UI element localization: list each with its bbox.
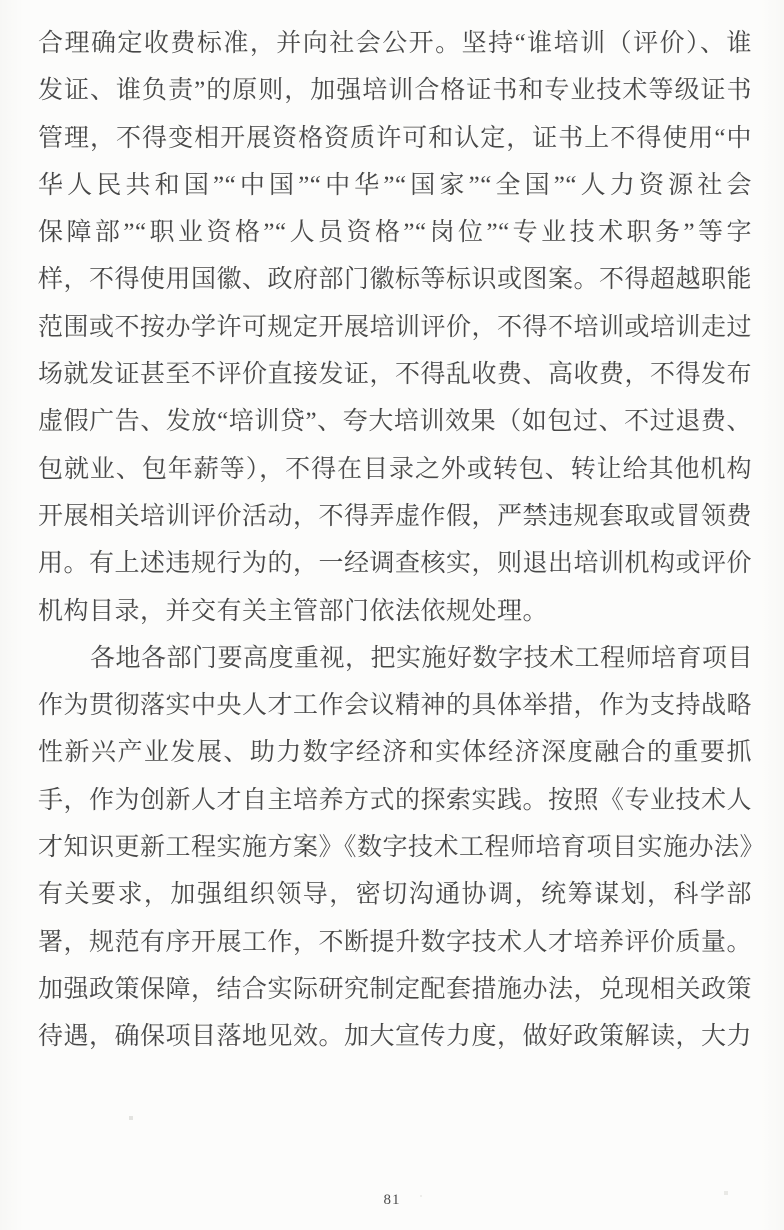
text-line: 性新兴产业发展、助力数字经济和实体经济深度融合的重要抓 xyxy=(38,729,752,776)
text-line: 署，规范有序开展工作，不断提升数字技术人才培养评价质量。 xyxy=(38,919,752,966)
text-line: 有关要求，加强组织领导，密切沟通协调，统筹谋划，科学部 xyxy=(38,871,752,918)
document-body: 合理确定收费标准，并向社会公开。坚持“谁培训（评价）、谁 发证、谁负责”的原则，… xyxy=(38,20,752,1061)
scanned-document-page: 合理确定收费标准，并向社会公开。坚持“谁培训（评价）、谁 发证、谁负责”的原则，… xyxy=(0,0,784,1230)
text-line: 待遇，确保项目落地见效。加大宣传力度，做好政策解读，大力 xyxy=(38,1013,752,1060)
text-line: 手，作为创新人才自主培养方式的探索实践。按照《专业技术人 xyxy=(38,777,752,824)
text-line: 样，不得使用国徽、政府部门徽标等标识或图案。不得超越职能 xyxy=(38,256,752,303)
text-line: 范围或不按办学许可规定开展培训评价，不得不培训或培训走过 xyxy=(38,304,752,351)
text-line: 包就业、包年薪等），不得在目录之外或转包、转让给其他机构 xyxy=(38,446,752,493)
text-line-paragraph-end: 机构目录，并交有关主管部门依法依规处理。 xyxy=(38,588,752,635)
text-line: 才知识更新工程实施方案》《数字技术工程师培育项目实施办法》 xyxy=(38,824,752,871)
text-line: 发证、谁负责”的原则，加强培训合格证书和专业技术等级证书 xyxy=(38,67,752,114)
page-number: 81 xyxy=(0,1192,784,1209)
scan-speckles xyxy=(0,0,2,2)
text-line: 开展相关培训评价活动，不得弄虚作假，严禁违规套取或冒领费 xyxy=(38,493,752,540)
text-line: 加强政策保障，结合实际研究制定配套措施办法，兑现相关政策 xyxy=(38,966,752,1013)
text-line: 作为贯彻落实中央人才工作会议精神的具体举措，作为支持战略 xyxy=(38,682,752,729)
text-line: 虚假广告、发放“培训贷”、夸大培训效果（如包过、不过退费、 xyxy=(38,398,752,445)
text-line: 用。有上述违规行为的，一经调查核实，则退出培训机构或评价 xyxy=(38,540,752,587)
text-line: 保障部”“职业资格”“人员资格”“岗位”“专业技术职务”等字 xyxy=(38,209,752,256)
text-line-paragraph-start: 各地各部门要高度重视，把实施好数字技术工程师培育项目 xyxy=(38,635,752,682)
text-line: 场就发证甚至不评价直接发证，不得乱收费、高收费，不得发布 xyxy=(38,351,752,398)
text-line: 管理，不得变相开展资格资质许可和认定，证书上不得使用“中 xyxy=(38,115,752,162)
text-line: 合理确定收费标准，并向社会公开。坚持“谁培训（评价）、谁 xyxy=(38,20,752,67)
text-line: 华人民共和国”“中国”“中华”“国家”“全国”“人力资源社会 xyxy=(38,162,752,209)
